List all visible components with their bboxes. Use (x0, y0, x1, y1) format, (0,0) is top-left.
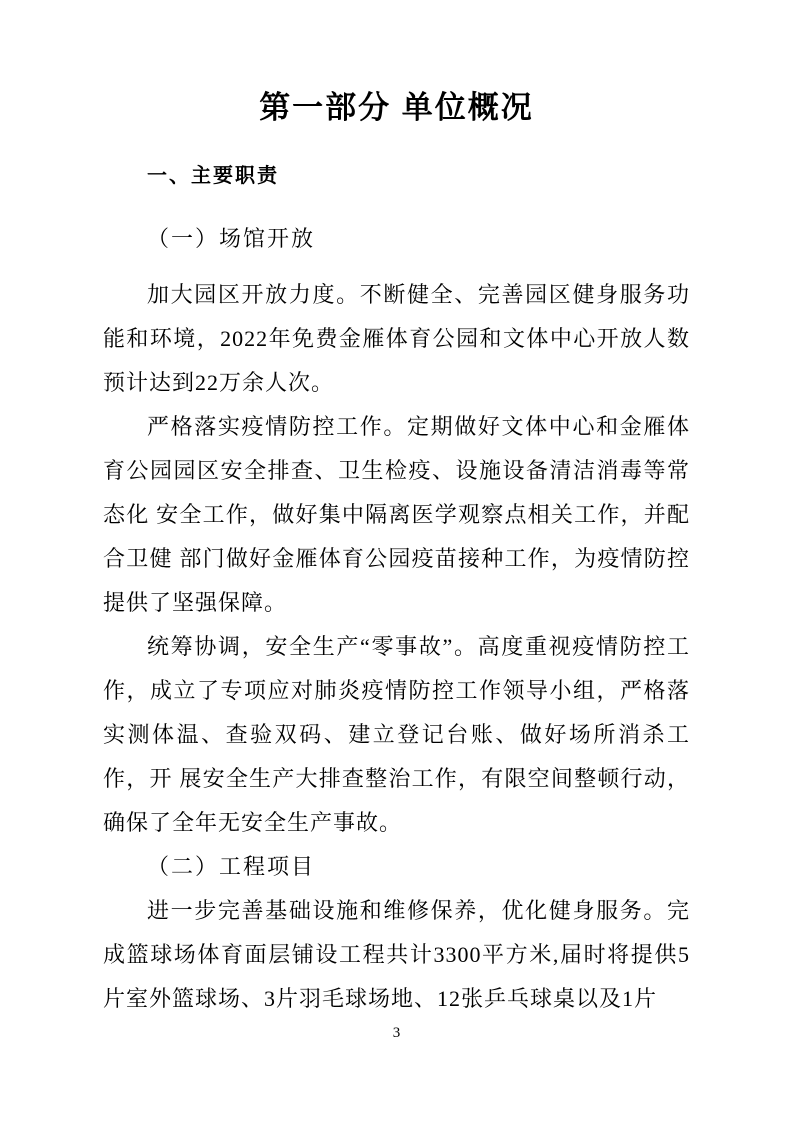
page-footer: 3 (103, 1023, 690, 1043)
document-body: （一）场馆开放 加大园区开放力度。不断健全、完善园区健身服务功能和环境，2022… (103, 217, 690, 1021)
paragraph-infrastructure: 进一步完善基础设施和维修保养，优化健身服务。完成篮球场体育面层铺设工程共计330… (103, 889, 690, 1021)
paragraph-epidemic-prevention: 严格落实疫情防控工作。定期做好文体中心和金雁体育公园园区安全排查、卫生检疫、设施… (103, 405, 690, 625)
document-title: 第一部分 单位概况 (103, 86, 690, 130)
subsection-heading-venue-opening: （一）场馆开放 (103, 217, 690, 261)
paragraph-park-opening: 加大园区开放力度。不断健全、完善园区健身服务功能和环境，2022年免费金雁体育公… (103, 273, 690, 405)
section-heading: 一、主要职责 (103, 162, 690, 190)
page-number: 3 (393, 1025, 401, 1041)
paragraph-safety-production: 统筹协调，安全生产“零事故”。高度重视疫情防控工作，成立了专项应对肺炎疫情防控工… (103, 625, 690, 845)
document-page: 第一部分 单位概况 一、主要职责 （一）场馆开放 加大园区开放力度。不断健全、完… (0, 0, 793, 1122)
subsection-heading-engineering-projects: （二）工程项目 (103, 845, 690, 889)
